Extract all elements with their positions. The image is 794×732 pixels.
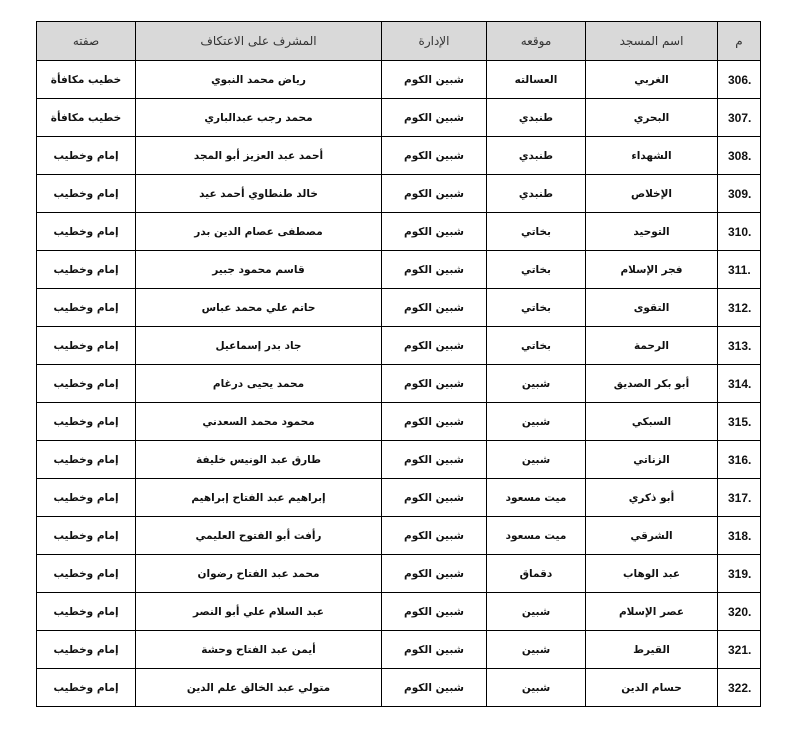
table-row: 307. البحري طنبدي شبين الكوم محمد رجب عب…	[37, 99, 761, 137]
cell-role: إمام وخطيب	[37, 137, 136, 175]
cell-location: شبين	[487, 669, 586, 707]
cell-num: 315.	[718, 403, 761, 441]
cell-num: 310.	[718, 213, 761, 251]
cell-mosque-name: أبو بكر الصديق	[586, 365, 718, 403]
cell-location: طنبدي	[487, 99, 586, 137]
table-row: 318. الشرقي ميت مسعود شبين الكوم رأفت أب…	[37, 517, 761, 555]
cell-supervisor: عبد السلام علي أبو النصر	[136, 593, 382, 631]
cell-supervisor: إبراهيم عبد الفتاح إبراهيم	[136, 479, 382, 517]
cell-location: دقماق	[487, 555, 586, 593]
cell-num: 307.	[718, 99, 761, 137]
table-row: 308. الشهداء طنبدي شبين الكوم أحمد عبد ا…	[37, 137, 761, 175]
cell-role: إمام وخطيب	[37, 289, 136, 327]
table-row: 319. عبد الوهاب دقماق شبين الكوم محمد عب…	[37, 555, 761, 593]
cell-num: 321.	[718, 631, 761, 669]
cell-supervisor: طارق عبد الونيس خليفة	[136, 441, 382, 479]
cell-supervisor: محمود محمد السعدني	[136, 403, 382, 441]
header-administration: الإدارة	[382, 22, 487, 61]
cell-num: 318.	[718, 517, 761, 555]
cell-num: 320.	[718, 593, 761, 631]
cell-num: 319.	[718, 555, 761, 593]
cell-administration: شبين الكوم	[382, 669, 487, 707]
cell-administration: شبين الكوم	[382, 137, 487, 175]
header-location: موقعه	[487, 22, 586, 61]
cell-mosque-name: الزناتي	[586, 441, 718, 479]
cell-supervisor: حاتم علي محمد عباس	[136, 289, 382, 327]
table-row: 316. الزناتي شبين شبين الكوم طارق عبد ال…	[37, 441, 761, 479]
cell-administration: شبين الكوم	[382, 213, 487, 251]
cell-supervisor: محمد يحيى درغام	[136, 365, 382, 403]
mosque-supervisors-table: م اسم المسجد موقعه الإدارة المشرف على ال…	[36, 21, 761, 707]
cell-supervisor: قاسم محمود جبير	[136, 251, 382, 289]
cell-supervisor: محمد رجب عبدالباري	[136, 99, 382, 137]
cell-location: بخاتي	[487, 327, 586, 365]
cell-administration: شبين الكوم	[382, 631, 487, 669]
cell-num: 308.	[718, 137, 761, 175]
header-mosque-name: اسم المسجد	[586, 22, 718, 61]
cell-administration: شبين الكوم	[382, 365, 487, 403]
cell-administration: شبين الكوم	[382, 403, 487, 441]
table-row: 322. حسام الدين شبين شبين الكوم متولي عب…	[37, 669, 761, 707]
cell-role: إمام وخطيب	[37, 213, 136, 251]
cell-location: العسالته	[487, 61, 586, 99]
header-row: م اسم المسجد موقعه الإدارة المشرف على ال…	[37, 22, 761, 61]
cell-num: 311.	[718, 251, 761, 289]
cell-administration: شبين الكوم	[382, 479, 487, 517]
cell-num: 313.	[718, 327, 761, 365]
cell-mosque-name: الغربي	[586, 61, 718, 99]
cell-supervisor: رأفت أبو الفتوح العليمي	[136, 517, 382, 555]
cell-mosque-name: فجر الإسلام	[586, 251, 718, 289]
table-row: 317. أبو ذكري ميت مسعود شبين الكوم إبراه…	[37, 479, 761, 517]
cell-num: 322.	[718, 669, 761, 707]
cell-supervisor: جاد بدر إسماعيل	[136, 327, 382, 365]
cell-role: إمام وخطيب	[37, 555, 136, 593]
cell-supervisor: محمد عبد الفتاح رضوان	[136, 555, 382, 593]
cell-role: إمام وخطيب	[37, 403, 136, 441]
cell-administration: شبين الكوم	[382, 175, 487, 213]
cell-administration: شبين الكوم	[382, 441, 487, 479]
cell-mosque-name: عبد الوهاب	[586, 555, 718, 593]
cell-location: طنبدي	[487, 175, 586, 213]
table-row: 311. فجر الإسلام بخاتي شبين الكوم قاسم م…	[37, 251, 761, 289]
cell-role: إمام وخطيب	[37, 365, 136, 403]
table-row: 313. الرحمة بخاتي شبين الكوم جاد بدر إسم…	[37, 327, 761, 365]
cell-supervisor: أحمد عبد العزيز أبو المجد	[136, 137, 382, 175]
cell-num: 309.	[718, 175, 761, 213]
cell-administration: شبين الكوم	[382, 99, 487, 137]
cell-role: إمام وخطيب	[37, 593, 136, 631]
cell-location: بخاتي	[487, 251, 586, 289]
cell-mosque-name: القيرط	[586, 631, 718, 669]
cell-location: شبين	[487, 441, 586, 479]
header-num: م	[718, 22, 761, 61]
cell-mosque-name: عصر الإسلام	[586, 593, 718, 631]
cell-mosque-name: التوحيد	[586, 213, 718, 251]
cell-location: شبين	[487, 403, 586, 441]
cell-location: طنبدي	[487, 137, 586, 175]
cell-administration: شبين الكوم	[382, 327, 487, 365]
header-supervisor: المشرف على الاعتكاف	[136, 22, 382, 61]
cell-role: إمام وخطيب	[37, 479, 136, 517]
cell-num: 317.	[718, 479, 761, 517]
cell-role: إمام وخطيب	[37, 441, 136, 479]
cell-role: إمام وخطيب	[37, 631, 136, 669]
cell-mosque-name: الشهداء	[586, 137, 718, 175]
cell-role: خطيب مكافأة	[37, 61, 136, 99]
cell-role: إمام وخطيب	[37, 175, 136, 213]
cell-supervisor: أيمن عبد الفتاح وحشة	[136, 631, 382, 669]
cell-administration: شبين الكوم	[382, 555, 487, 593]
table-row: 320. عصر الإسلام شبين شبين الكوم عبد الس…	[37, 593, 761, 631]
cell-mosque-name: حسام الدين	[586, 669, 718, 707]
cell-num: 316.	[718, 441, 761, 479]
table-row: 314. أبو بكر الصديق شبين شبين الكوم محمد…	[37, 365, 761, 403]
cell-role: إمام وخطيب	[37, 251, 136, 289]
cell-supervisor: خالد طنطاوي أحمد عيد	[136, 175, 382, 213]
cell-location: ميت مسعود	[487, 517, 586, 555]
cell-administration: شبين الكوم	[382, 251, 487, 289]
table-header: م اسم المسجد موقعه الإدارة المشرف على ال…	[37, 22, 761, 61]
cell-role: إمام وخطيب	[37, 517, 136, 555]
cell-mosque-name: أبو ذكري	[586, 479, 718, 517]
cell-supervisor: مصطفى عصام الدين بدر	[136, 213, 382, 251]
cell-mosque-name: الرحمة	[586, 327, 718, 365]
cell-role: إمام وخطيب	[37, 669, 136, 707]
cell-num: 312.	[718, 289, 761, 327]
cell-num: 306.	[718, 61, 761, 99]
table-row: 310. التوحيد بخاتي شبين الكوم مصطفى عصام…	[37, 213, 761, 251]
cell-mosque-name: التقوى	[586, 289, 718, 327]
cell-administration: شبين الكوم	[382, 61, 487, 99]
cell-role: خطيب مكافأة	[37, 99, 136, 137]
cell-location: بخاتي	[487, 213, 586, 251]
table-row: 306. الغربي العسالته شبين الكوم رياض محم…	[37, 61, 761, 99]
table-row: 321. القيرط شبين شبين الكوم أيمن عبد الف…	[37, 631, 761, 669]
cell-mosque-name: الشرقي	[586, 517, 718, 555]
cell-location: شبين	[487, 631, 586, 669]
cell-mosque-name: الإخلاص	[586, 175, 718, 213]
cell-supervisor: رياض محمد النبوي	[136, 61, 382, 99]
table-body: 306. الغربي العسالته شبين الكوم رياض محم…	[37, 61, 761, 707]
cell-num: 314.	[718, 365, 761, 403]
cell-mosque-name: السبكي	[586, 403, 718, 441]
cell-administration: شبين الكوم	[382, 517, 487, 555]
cell-supervisor: متولي عبد الخالق علم الدين	[136, 669, 382, 707]
cell-location: بخاتي	[487, 289, 586, 327]
cell-administration: شبين الكوم	[382, 289, 487, 327]
cell-location: شبين	[487, 365, 586, 403]
table-row: 315. السبكي شبين شبين الكوم محمود محمد ا…	[37, 403, 761, 441]
cell-administration: شبين الكوم	[382, 593, 487, 631]
cell-location: ميت مسعود	[487, 479, 586, 517]
cell-mosque-name: البحري	[586, 99, 718, 137]
cell-role: إمام وخطيب	[37, 327, 136, 365]
cell-location: شبين	[487, 593, 586, 631]
header-role: صفته	[37, 22, 136, 61]
table-row: 309. الإخلاص طنبدي شبين الكوم خالد طنطاو…	[37, 175, 761, 213]
table-row: 312. التقوى بخاتي شبين الكوم حاتم علي مح…	[37, 289, 761, 327]
